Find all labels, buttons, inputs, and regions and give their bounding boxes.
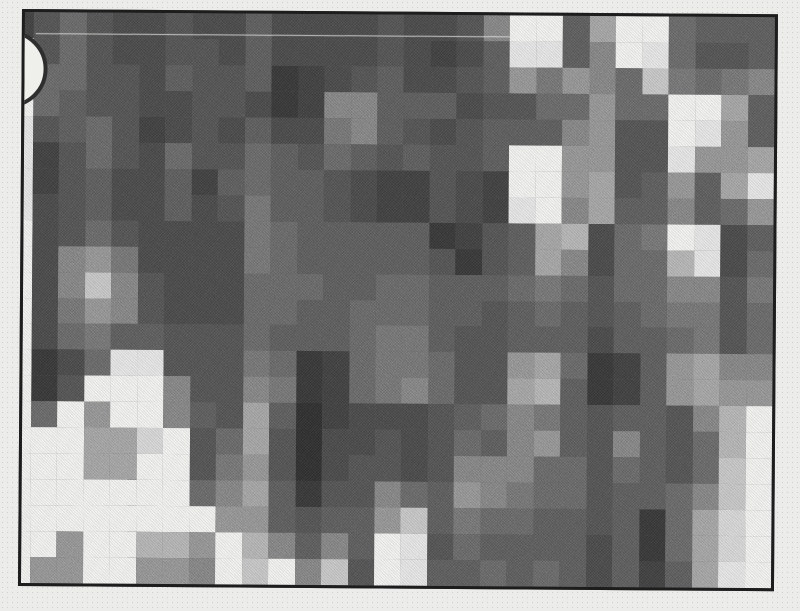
mosaic-cell — [614, 276, 641, 302]
mosaic-cell — [482, 301, 509, 327]
mosaic-cell — [480, 482, 507, 508]
mosaic-grid — [21, 12, 775, 588]
mosaic-cell — [216, 429, 243, 455]
mosaic-cell — [111, 272, 138, 298]
mosaic-cell — [615, 94, 642, 120]
mosaic-cell — [296, 403, 323, 429]
mosaic-cell — [666, 484, 693, 510]
mosaic-cell — [84, 428, 111, 454]
mosaic-cell — [562, 120, 589, 146]
mosaic-cell — [403, 196, 430, 222]
mosaic-cell — [298, 92, 325, 118]
mosaic-cell — [298, 144, 325, 170]
mosaic-cell — [746, 406, 773, 432]
mosaic-cell — [245, 143, 272, 169]
mosaic-cell — [111, 324, 138, 350]
mosaic-cell — [588, 301, 615, 327]
mosaic-cell — [562, 223, 589, 249]
mosaic-cell — [59, 194, 86, 220]
mosaic-cell — [587, 431, 614, 457]
mosaic-cell — [508, 379, 535, 405]
mosaic-cell — [164, 324, 191, 350]
mosaic-cell — [272, 40, 299, 66]
mosaic-cell — [190, 325, 217, 351]
mosaic-cell — [506, 560, 533, 586]
mosaic-cell — [163, 480, 190, 506]
mosaic-cell — [324, 144, 351, 170]
mosaic-cell — [693, 302, 720, 328]
mosaic-cell — [641, 250, 668, 276]
mosaic-cell — [85, 324, 112, 350]
mosaic-cell — [616, 42, 643, 68]
mosaic-cell — [454, 534, 481, 560]
mosaic-cell — [348, 430, 375, 456]
mosaic-cell — [640, 432, 667, 458]
mosaic-cell — [113, 90, 140, 116]
mosaic-cell — [86, 168, 113, 194]
mosaic-cell — [430, 93, 457, 119]
mosaic-cell — [243, 325, 270, 351]
mosaic-cell — [481, 353, 508, 379]
mosaic-cell — [22, 401, 31, 427]
mosaic-cell — [112, 194, 139, 220]
mosaic-cell — [747, 173, 774, 199]
mosaic-cell — [615, 120, 642, 146]
mosaic-cell — [402, 404, 429, 430]
mosaic-cell — [190, 351, 217, 377]
mosaic-cell — [431, 15, 458, 41]
mosaic-cell — [110, 402, 137, 428]
mosaic-cell — [721, 199, 748, 225]
mosaic-cell — [162, 558, 189, 584]
mosaic-cell — [85, 272, 112, 298]
mosaic-cell — [586, 509, 613, 535]
mosaic-cell — [112, 168, 139, 194]
mosaic-cell — [588, 172, 615, 198]
mosaic-cell — [23, 272, 32, 298]
mosaic-cell — [298, 66, 325, 92]
mosaic-cell — [375, 404, 402, 430]
mosaic-cell — [192, 39, 219, 65]
mosaic-cell — [189, 480, 216, 506]
mosaic-cell — [269, 403, 296, 429]
mosaic-cell — [375, 352, 402, 378]
mosaic-cell — [83, 480, 110, 506]
mosaic-cell — [350, 144, 377, 170]
mosaic-cell — [428, 430, 455, 456]
mosaic-cell — [482, 197, 509, 223]
mosaic-cell — [534, 405, 561, 431]
mosaic-cell — [111, 298, 138, 324]
mosaic-cell — [271, 118, 298, 144]
mosaic-cell — [60, 64, 87, 90]
mosaic-cell — [665, 562, 692, 588]
mosaic-cell — [164, 299, 191, 325]
mosaic-cell — [404, 41, 431, 67]
mosaic-cell — [164, 350, 191, 376]
mosaic-cell — [244, 273, 271, 299]
mosaic-cell — [401, 534, 428, 560]
mosaic-cell — [641, 224, 668, 250]
mosaic-cell — [612, 561, 639, 587]
mosaic-cell — [402, 352, 429, 378]
mosaic-cell — [719, 406, 746, 432]
mosaic-cell — [190, 377, 217, 403]
mosaic-cell — [693, 406, 720, 432]
mosaic-cell — [587, 405, 614, 431]
mosaic-cell — [746, 354, 773, 380]
mosaic-cell — [376, 248, 403, 274]
mosaic-cell — [692, 510, 719, 536]
mosaic-cell — [165, 221, 192, 247]
mosaic-cell — [84, 350, 111, 376]
mosaic-cell — [86, 116, 113, 142]
mosaic-cell — [32, 246, 59, 272]
mosaic-cell — [136, 506, 163, 532]
mosaic-cell — [137, 454, 164, 480]
mosaic-cell — [111, 376, 138, 402]
mosaic-cell — [139, 169, 166, 195]
mosaic-cell — [745, 562, 772, 588]
mosaic-cell — [30, 557, 57, 583]
mosaic-cell — [377, 92, 404, 118]
mosaic-cell — [216, 377, 243, 403]
mosaic-cell — [112, 246, 139, 272]
mosaic-cell — [110, 480, 137, 506]
mosaic-cell — [244, 299, 271, 325]
mosaic-cell — [454, 482, 481, 508]
mosaic-cell — [403, 222, 430, 248]
mosaic-cell — [189, 558, 216, 584]
mosaic-cell — [510, 15, 537, 41]
mosaic-cell — [404, 15, 431, 41]
mosaic-cell — [745, 458, 772, 484]
mosaic-cell — [31, 401, 58, 427]
mosaic-cell — [559, 561, 586, 587]
mosaic-cell — [404, 67, 431, 93]
mosaic-cell — [695, 17, 722, 43]
mosaic-cell — [351, 92, 378, 118]
mosaic-cell — [375, 430, 402, 456]
mosaic-cell — [666, 406, 693, 432]
mosaic-cell — [137, 402, 164, 428]
mosaic-cell — [536, 171, 563, 197]
mosaic-cell — [87, 38, 114, 64]
mosaic-cell — [322, 377, 349, 403]
mosaic-cell — [272, 66, 299, 92]
mosaic-cell — [85, 246, 112, 272]
mosaic-cell — [455, 275, 482, 301]
mosaic-cell — [321, 559, 348, 585]
mosaic-cell — [33, 116, 60, 142]
mosaic-cell — [31, 349, 58, 375]
mosaic-cell — [639, 561, 666, 587]
mosaic-cell — [59, 142, 86, 168]
mosaic-cell — [400, 560, 427, 586]
mosaic-cell — [244, 247, 271, 273]
mosaic-cell — [614, 328, 641, 354]
mosaic-cell — [639, 458, 666, 484]
mosaic-cell — [586, 457, 613, 483]
mosaic-cell — [510, 93, 537, 119]
mosaic-cell — [376, 326, 403, 352]
mosaic-cell — [58, 376, 85, 402]
mosaic-cell — [245, 14, 272, 40]
mosaic-cell — [378, 14, 405, 40]
mosaic-cell — [534, 379, 561, 405]
mosaic-cell — [535, 249, 562, 275]
mosaic-cell — [560, 457, 587, 483]
mosaic-cell — [270, 351, 297, 377]
mosaic-cell — [215, 558, 242, 584]
mosaic-cell — [22, 479, 31, 505]
mosaic-cell — [719, 458, 746, 484]
mosaic-cell — [586, 561, 613, 587]
mosaic-cell — [216, 455, 243, 481]
mosaic-cell — [23, 220, 32, 246]
mosaic-cell — [589, 68, 616, 94]
mosaic-cell — [640, 380, 667, 406]
mosaic-cell — [719, 380, 746, 406]
mosaic-cell — [59, 246, 86, 272]
mosaic-cell — [86, 64, 113, 90]
mosaic-cell — [245, 40, 272, 66]
mosaic-cell — [695, 43, 722, 69]
mosaic-cell — [298, 118, 325, 144]
mosaic-cell — [614, 250, 641, 276]
mosaic-cell — [483, 119, 510, 145]
mosaic-cell — [324, 196, 351, 222]
mosaic-cell — [163, 506, 190, 532]
mosaic-cell — [642, 68, 669, 94]
mosaic-cell — [748, 69, 775, 95]
mosaic-cell — [428, 456, 455, 482]
mosaic-cell — [243, 377, 270, 403]
mosaic-cell — [480, 508, 507, 534]
mosaic-cell — [482, 223, 509, 249]
mosaic-cell — [533, 509, 560, 535]
mosaic-cell — [719, 354, 746, 380]
mosaic-cell — [139, 117, 166, 143]
mosaic-cell — [138, 194, 165, 220]
mosaic-cell — [535, 275, 562, 301]
mosaic-cell — [483, 67, 510, 93]
mosaic-cell — [401, 482, 428, 508]
mosaic-cell — [348, 533, 375, 559]
mosaic-cell — [402, 300, 429, 326]
mosaic-cell — [746, 329, 773, 355]
mosaic-cell — [242, 533, 269, 559]
mosaic-cell — [110, 428, 137, 454]
mosaic-cell — [218, 169, 245, 195]
mosaic-cell — [536, 119, 563, 145]
mosaic-cell — [667, 250, 694, 276]
mosaic-cell — [507, 457, 534, 483]
mosaic-cell — [34, 12, 61, 38]
mosaic-cell — [508, 301, 535, 327]
mosaic-cell — [218, 143, 245, 169]
mosaic-cell — [429, 300, 456, 326]
mosaic-cell — [613, 457, 640, 483]
mosaic-cell — [745, 432, 772, 458]
mosaic-cell — [31, 427, 58, 453]
mosaic-cell — [457, 67, 484, 93]
mosaic-cell — [561, 249, 588, 275]
mosaic-cell — [427, 534, 454, 560]
mosaic-cell — [139, 39, 166, 65]
mosaic-cell — [33, 142, 60, 168]
mosaic-cell — [509, 197, 536, 223]
mosaic-cell — [32, 324, 59, 350]
mosaic-cell — [297, 248, 324, 274]
mosaic-cell — [58, 298, 85, 324]
mosaic-cell — [348, 456, 375, 482]
mosaic-cell — [268, 559, 295, 585]
mosaic-cell — [587, 327, 614, 353]
mosaic-cell — [30, 505, 57, 531]
mosaic-cell — [428, 352, 455, 378]
mosaic-cell — [32, 272, 59, 298]
mosaic-cell — [32, 298, 59, 324]
mosaic-cell — [430, 119, 457, 145]
mosaic-cell — [166, 39, 193, 65]
mosaic-cell — [586, 483, 613, 509]
mosaic-cell — [510, 41, 537, 67]
mosaic-cell — [295, 481, 322, 507]
mosaic-cell — [507, 509, 534, 535]
mosaic-cell — [401, 430, 428, 456]
mosaic-cell — [563, 94, 590, 120]
mosaic-cell — [58, 272, 85, 298]
mosaic-cell — [589, 94, 616, 120]
mosaic-cell — [297, 196, 324, 222]
mosaic-cell — [296, 377, 323, 403]
mosaic-cell — [193, 13, 220, 39]
mosaic-cell — [639, 509, 666, 535]
mosaic-cell — [559, 535, 586, 561]
mosaic-cell — [665, 536, 692, 562]
mosaic-cell — [269, 507, 296, 533]
mosaic-cell — [321, 507, 348, 533]
mosaic-cell — [375, 482, 402, 508]
mosaic-cell — [350, 248, 377, 274]
mosaic-cell — [191, 299, 218, 325]
mosaic-cell — [324, 118, 351, 144]
mosaic-cell — [242, 507, 269, 533]
mosaic-cell — [377, 144, 404, 170]
mosaic-cell — [24, 194, 33, 220]
mosaic-cell — [453, 560, 480, 586]
mosaic-cell — [639, 483, 666, 509]
mosaic-cell — [112, 116, 139, 142]
mosaic-cell — [192, 143, 219, 169]
mosaic-cell — [295, 559, 322, 585]
mosaic-cell — [57, 531, 84, 557]
mosaic-cell — [374, 560, 401, 586]
mosaic-cell — [323, 248, 350, 274]
mosaic-cell — [22, 427, 31, 453]
mosaic-cell — [457, 93, 484, 119]
mosaic-cell — [536, 93, 563, 119]
mosaic-cell — [561, 353, 588, 379]
mosaic-cell — [349, 404, 376, 430]
mosaic-cell — [562, 197, 589, 223]
mosaic-cell — [83, 557, 110, 583]
mosaic-cell — [189, 506, 216, 532]
mosaic-cell — [217, 351, 244, 377]
mosaic-cell — [218, 91, 245, 117]
mosaic-cell — [58, 402, 85, 428]
mosaic-cell — [350, 196, 377, 222]
mosaic-cell — [404, 93, 431, 119]
mosaic-cell — [692, 562, 719, 588]
mosaic-cell — [349, 352, 376, 378]
mosaic-cell — [137, 324, 164, 350]
mosaic-cell — [57, 428, 84, 454]
mosaic-cell — [427, 508, 454, 534]
mosaic-cell — [613, 405, 640, 431]
mosaic-cell — [218, 117, 245, 143]
mosaic-cell — [456, 171, 483, 197]
mosaic-cell — [456, 197, 483, 223]
mosaic-cell — [298, 14, 325, 40]
mosaic-cell — [84, 454, 111, 480]
mosaic-cell — [667, 302, 694, 328]
mosaic-cell — [60, 116, 87, 142]
mosaic-cell — [191, 195, 218, 221]
mosaic-cell — [616, 68, 643, 94]
photo-frame — [18, 9, 778, 591]
mosaic-cell — [295, 507, 322, 533]
mosaic-cell — [588, 224, 615, 250]
mosaic-cell — [163, 428, 190, 454]
mosaic-cell — [483, 93, 510, 119]
mosaic-cell — [747, 147, 774, 173]
mosaic-cell — [323, 274, 350, 300]
mosaic-cell — [429, 222, 456, 248]
mosaic-cell — [59, 220, 86, 246]
mosaic-cell — [669, 17, 696, 43]
mosaic-cell — [431, 41, 458, 67]
mosaic-cell — [588, 275, 615, 301]
mosaic-cell — [561, 301, 588, 327]
mosaic-cell — [665, 510, 692, 536]
mosaic-cell — [219, 65, 246, 91]
mosaic-cell — [720, 225, 747, 251]
mosaic-cell — [533, 483, 560, 509]
mosaic-cell — [429, 248, 456, 274]
mosaic-cell — [561, 275, 588, 301]
mosaic-cell — [746, 380, 773, 406]
mosaic-cell — [298, 40, 325, 66]
mosaic-cell — [21, 531, 30, 557]
mosaic-cell — [377, 66, 404, 92]
mosaic-cell — [351, 40, 378, 66]
mosaic-cell — [348, 559, 375, 585]
mosaic-cell — [669, 68, 696, 94]
mosaic-cell — [296, 351, 323, 377]
mosaic-cell — [507, 431, 534, 457]
mosaic-cell — [456, 145, 483, 171]
mosaic-cell — [533, 535, 560, 561]
mosaic-cell — [507, 534, 534, 560]
mosaic-cell — [244, 169, 271, 195]
mosaic-cell — [270, 325, 297, 351]
mosaic-cell — [377, 118, 404, 144]
mosaic-cell — [23, 246, 32, 272]
mosaic-cell — [455, 301, 482, 327]
mosaic-cell — [748, 95, 775, 121]
